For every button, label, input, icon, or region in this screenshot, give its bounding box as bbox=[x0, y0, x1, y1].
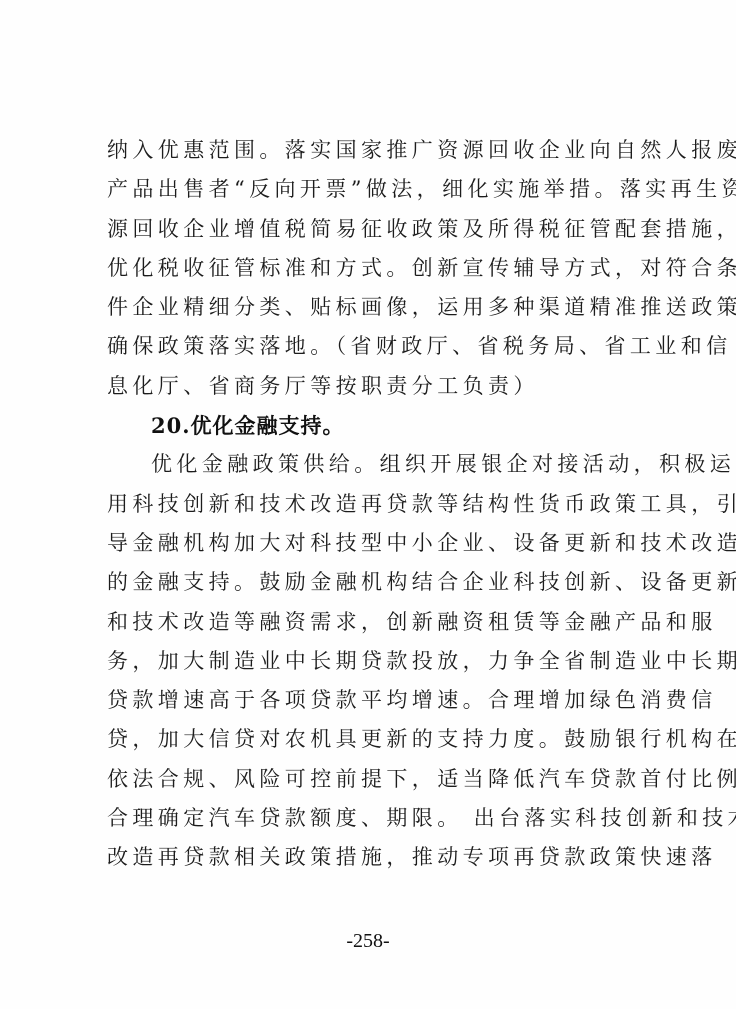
text-line: 优化金融政策供给。组织开展银企对接活动，积极运 bbox=[107, 445, 637, 484]
section-heading: 20.优化金融支持。 bbox=[107, 406, 637, 445]
text-line: 导金融机构加大对科技型中小企业、设备更新和技术改造 bbox=[107, 524, 637, 563]
paragraph-financial-support: 优化金融政策供给。组织开展银企对接活动，积极运 用科技创新和技术改造再贷款等结构… bbox=[107, 445, 637, 877]
page-body: 纳入优惠范围。落实国家推广资源回收企业向自然人报废 产品出售者“反向开票”做法，… bbox=[107, 131, 637, 878]
text-line: 合理确定汽车贷款额度、期限。 出台落实科技创新和技术 bbox=[107, 799, 637, 838]
text-line: 依法合规、风险可控前提下，适当降低汽车贷款首付比例， bbox=[107, 760, 637, 799]
text-line: 纳入优惠范围。落实国家推广资源回收企业向自然人报废 bbox=[107, 131, 637, 170]
text-line: 贷款增速高于各项贷款平均增速。合理增加绿色消费信 bbox=[107, 681, 637, 720]
document-page: 纳入优惠范围。落实国家推广资源回收企业向自然人报废 产品出售者“反向开票”做法，… bbox=[0, 0, 736, 1009]
text-line: 务，加大制造业中长期贷款投放，力争全省制造业中长期 bbox=[107, 642, 637, 681]
text-line: 源回收企业增值税简易征收政策及所得税征管配套措施， bbox=[107, 210, 637, 249]
paragraph-tax-policy: 纳入优惠范围。落实国家推广资源回收企业向自然人报废 产品出售者“反向开票”做法，… bbox=[107, 131, 637, 406]
text-line: 息化厅、省商务厅等按职责分工负责） bbox=[107, 367, 637, 406]
text-line: 改造再贷款相关政策措施，推动专项再贷款政策快速落 bbox=[107, 838, 637, 877]
text-line: 贷，加大信贷对农机具更新的支持力度。鼓励银行机构在 bbox=[107, 720, 637, 759]
page-number: -258- bbox=[0, 930, 736, 953]
text-line: 和技术改造等融资需求，创新融资租赁等金融产品和服 bbox=[107, 603, 637, 642]
text-line: 优化税收征管标准和方式。创新宣传辅导方式，对符合条 bbox=[107, 249, 637, 288]
text-line: 用科技创新和技术改造再贷款等结构性货币政策工具，引 bbox=[107, 485, 637, 524]
text-line: 产品出售者“反向开票”做法，细化实施举措。落实再生资 bbox=[107, 170, 637, 209]
text-line: 的金融支持。鼓励金融机构结合企业科技创新、设备更新 bbox=[107, 563, 637, 602]
text-line: 确保政策落实落地。（省财政厅、省税务局、省工业和信 bbox=[107, 327, 637, 366]
text-line: 件企业精细分类、贴标画像，运用多种渠道精准推送政策， bbox=[107, 288, 637, 327]
